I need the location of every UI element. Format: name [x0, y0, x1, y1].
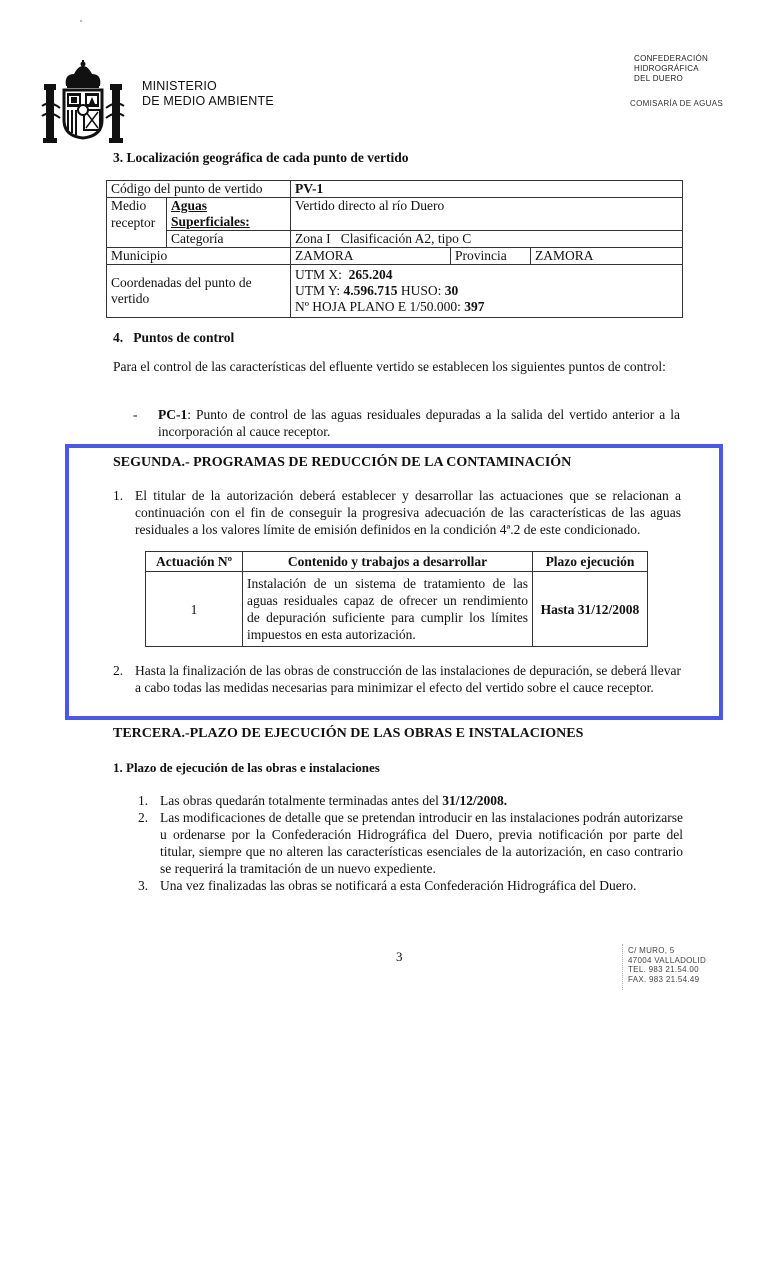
list-text: El titular de la autorización deberá est…: [135, 488, 681, 537]
aguas-superficiales-label: Aguas Superficiales:: [167, 198, 291, 231]
list-item: 2.Las modificaciones de detalle que se p…: [138, 809, 683, 877]
medio-label-line-1: Medio: [111, 198, 146, 213]
medio-receptor-label: Medio receptor: [107, 198, 167, 248]
section-4-heading: 4. Puntos de control: [113, 330, 234, 346]
municipio-value: ZAMORA: [291, 248, 451, 265]
list-number: 3.: [138, 877, 148, 894]
table-row: Coordenadas del punto de vertido UTM X: …: [107, 265, 683, 318]
section-4-intro: Para el control de las características d…: [113, 358, 680, 375]
medio-label-line-2: receptor: [111, 215, 155, 230]
confederacion-name: CONFEDERACIÓN HIDROGRÁFICA DEL DUERO: [634, 54, 708, 84]
provincia-value: ZAMORA: [531, 248, 683, 265]
ministry-name: MINISTERIO DE MEDIO AMBIENTE: [142, 79, 274, 109]
list-item: 1.Las obras quedarán totalmente terminad…: [138, 792, 683, 809]
table-row: Municipio ZAMORA Provincia ZAMORA: [107, 248, 683, 265]
list-date: 31/12/2008.: [442, 793, 507, 808]
segunda-item-list-2: 2.Hasta la finalización de las obras de …: [113, 662, 681, 696]
categoria-label: Categoría: [167, 231, 291, 248]
list-text: Las obras quedarán totalmente terminadas…: [160, 793, 442, 808]
list-item: 2.Hasta la finalización de las obras de …: [113, 662, 681, 696]
hoja-value: 397: [464, 299, 484, 314]
tercera-item-list: 1.Las obras quedarán totalmente terminad…: [138, 792, 683, 894]
header-contenido: Contenido y trabajos a desarrollar: [243, 552, 533, 572]
coordenadas-value: UTM X: 265.204 UTM Y: 4.596.715 HUSO: 30…: [291, 265, 683, 318]
page-number: 3: [396, 949, 403, 965]
utm-y-label: UTM Y:: [295, 283, 344, 298]
address-tel: TEL. 983 21.54.00: [628, 965, 706, 975]
control-point-code: PC-1: [158, 407, 187, 422]
footer-address: C/ MURO, 5 47004 VALLADOLID TEL. 983 21.…: [628, 946, 706, 984]
bullet-dash: -: [133, 406, 138, 423]
actuacion-plazo: Hasta 31/12/2008: [533, 572, 648, 647]
utm-x-label: UTM X:: [295, 267, 349, 282]
control-point-item: - PC-1: Punto de control de las aguas re…: [133, 406, 680, 440]
footer-divider: [622, 944, 623, 990]
list-number: 2.: [138, 809, 148, 826]
categoria-value: Zona I Clasificación A2, tipo C: [291, 231, 683, 248]
table-header-row: Actuación Nº Contenido y trabajos a desa…: [146, 552, 648, 572]
utm-x-value: 265.204: [349, 267, 393, 282]
actuacion-contenido: Instalación de un sistema de tratamiento…: [243, 572, 533, 647]
comisaria-label: COMISARÍA DE AGUAS: [630, 99, 723, 108]
codigo-value: PV-1: [291, 181, 683, 198]
huso-value: 30: [445, 283, 459, 298]
hoja-label: Nº HOJA PLANO E 1/50.000:: [295, 299, 464, 314]
actions-table: Actuación Nº Contenido y trabajos a desa…: [145, 551, 648, 647]
confederacion-line-3: DEL DUERO: [634, 74, 708, 84]
header-actuacion: Actuación Nº: [146, 552, 243, 572]
address-fax: FAX. 983 21.54.49: [628, 975, 706, 985]
list-item: 3.Una vez finalizadas las obras se notif…: [138, 877, 683, 894]
spanish-coat-of-arms-icon: [40, 60, 126, 146]
tercera-subheading: 1. Plazo de ejecución de las obras e ins…: [113, 760, 380, 776]
address-city: 47004 VALLADOLID: [628, 956, 706, 966]
list-item: 1.El titular de la autorización deberá e…: [113, 487, 681, 538]
segunda-item-list: 1.El titular de la autorización deberá e…: [113, 487, 681, 538]
list-number: 1.: [113, 487, 123, 504]
codigo-label: Código del punto de vertido: [107, 181, 291, 198]
control-point-text: : Punto de control de las aguas residual…: [158, 407, 680, 439]
huso-label: HUSO:: [398, 283, 445, 298]
list-number: 1.: [138, 792, 148, 809]
list-number: 2.: [113, 662, 123, 679]
municipio-label: Municipio: [107, 248, 291, 265]
aguas-superficiales-value: Vertido directo al río Duero: [291, 198, 683, 231]
header-plazo: Plazo ejecución: [533, 552, 648, 572]
ministry-line-1: MINISTERIO: [142, 79, 274, 94]
utm-y-value: 4.596.715: [344, 283, 398, 298]
table-row: Código del punto de vertido PV-1: [107, 181, 683, 198]
actuacion-number: 1: [146, 572, 243, 647]
confederacion-line-1: CONFEDERACIÓN: [634, 54, 708, 64]
list-text: Hasta la finalización de las obras de co…: [135, 663, 681, 695]
list-text: Una vez finalizadas las obras se notific…: [160, 878, 636, 893]
address-street: C/ MURO, 5: [628, 946, 706, 956]
scan-speck: [80, 20, 82, 22]
confederacion-line-2: HIDROGRÁFICA: [634, 64, 708, 74]
table-row: Medio receptor Aguas Superficiales: Vert…: [107, 198, 683, 231]
provincia-label: Provincia: [451, 248, 531, 265]
section-3-heading: 3. Localización geográfica de cada punto…: [113, 150, 408, 166]
location-table: Código del punto de vertido PV-1 Medio r…: [106, 180, 683, 318]
ministry-line-2: DE MEDIO AMBIENTE: [142, 94, 274, 109]
segunda-heading: SEGUNDA.- PROGRAMAS DE REDUCCIÓN DE LA C…: [113, 455, 571, 471]
tercera-heading: TERCERA.-PLAZO DE EJECUCIÓN DE LAS OBRAS…: [113, 726, 583, 742]
table-row: 1 Instalación de un sistema de tratamien…: [146, 572, 648, 647]
list-text: Las modificaciones de detalle que se pre…: [160, 810, 683, 876]
table-row: Categoría Zona I Clasificación A2, tipo …: [107, 231, 683, 248]
coordenadas-label: Coordenadas del punto de vertido: [107, 265, 291, 318]
